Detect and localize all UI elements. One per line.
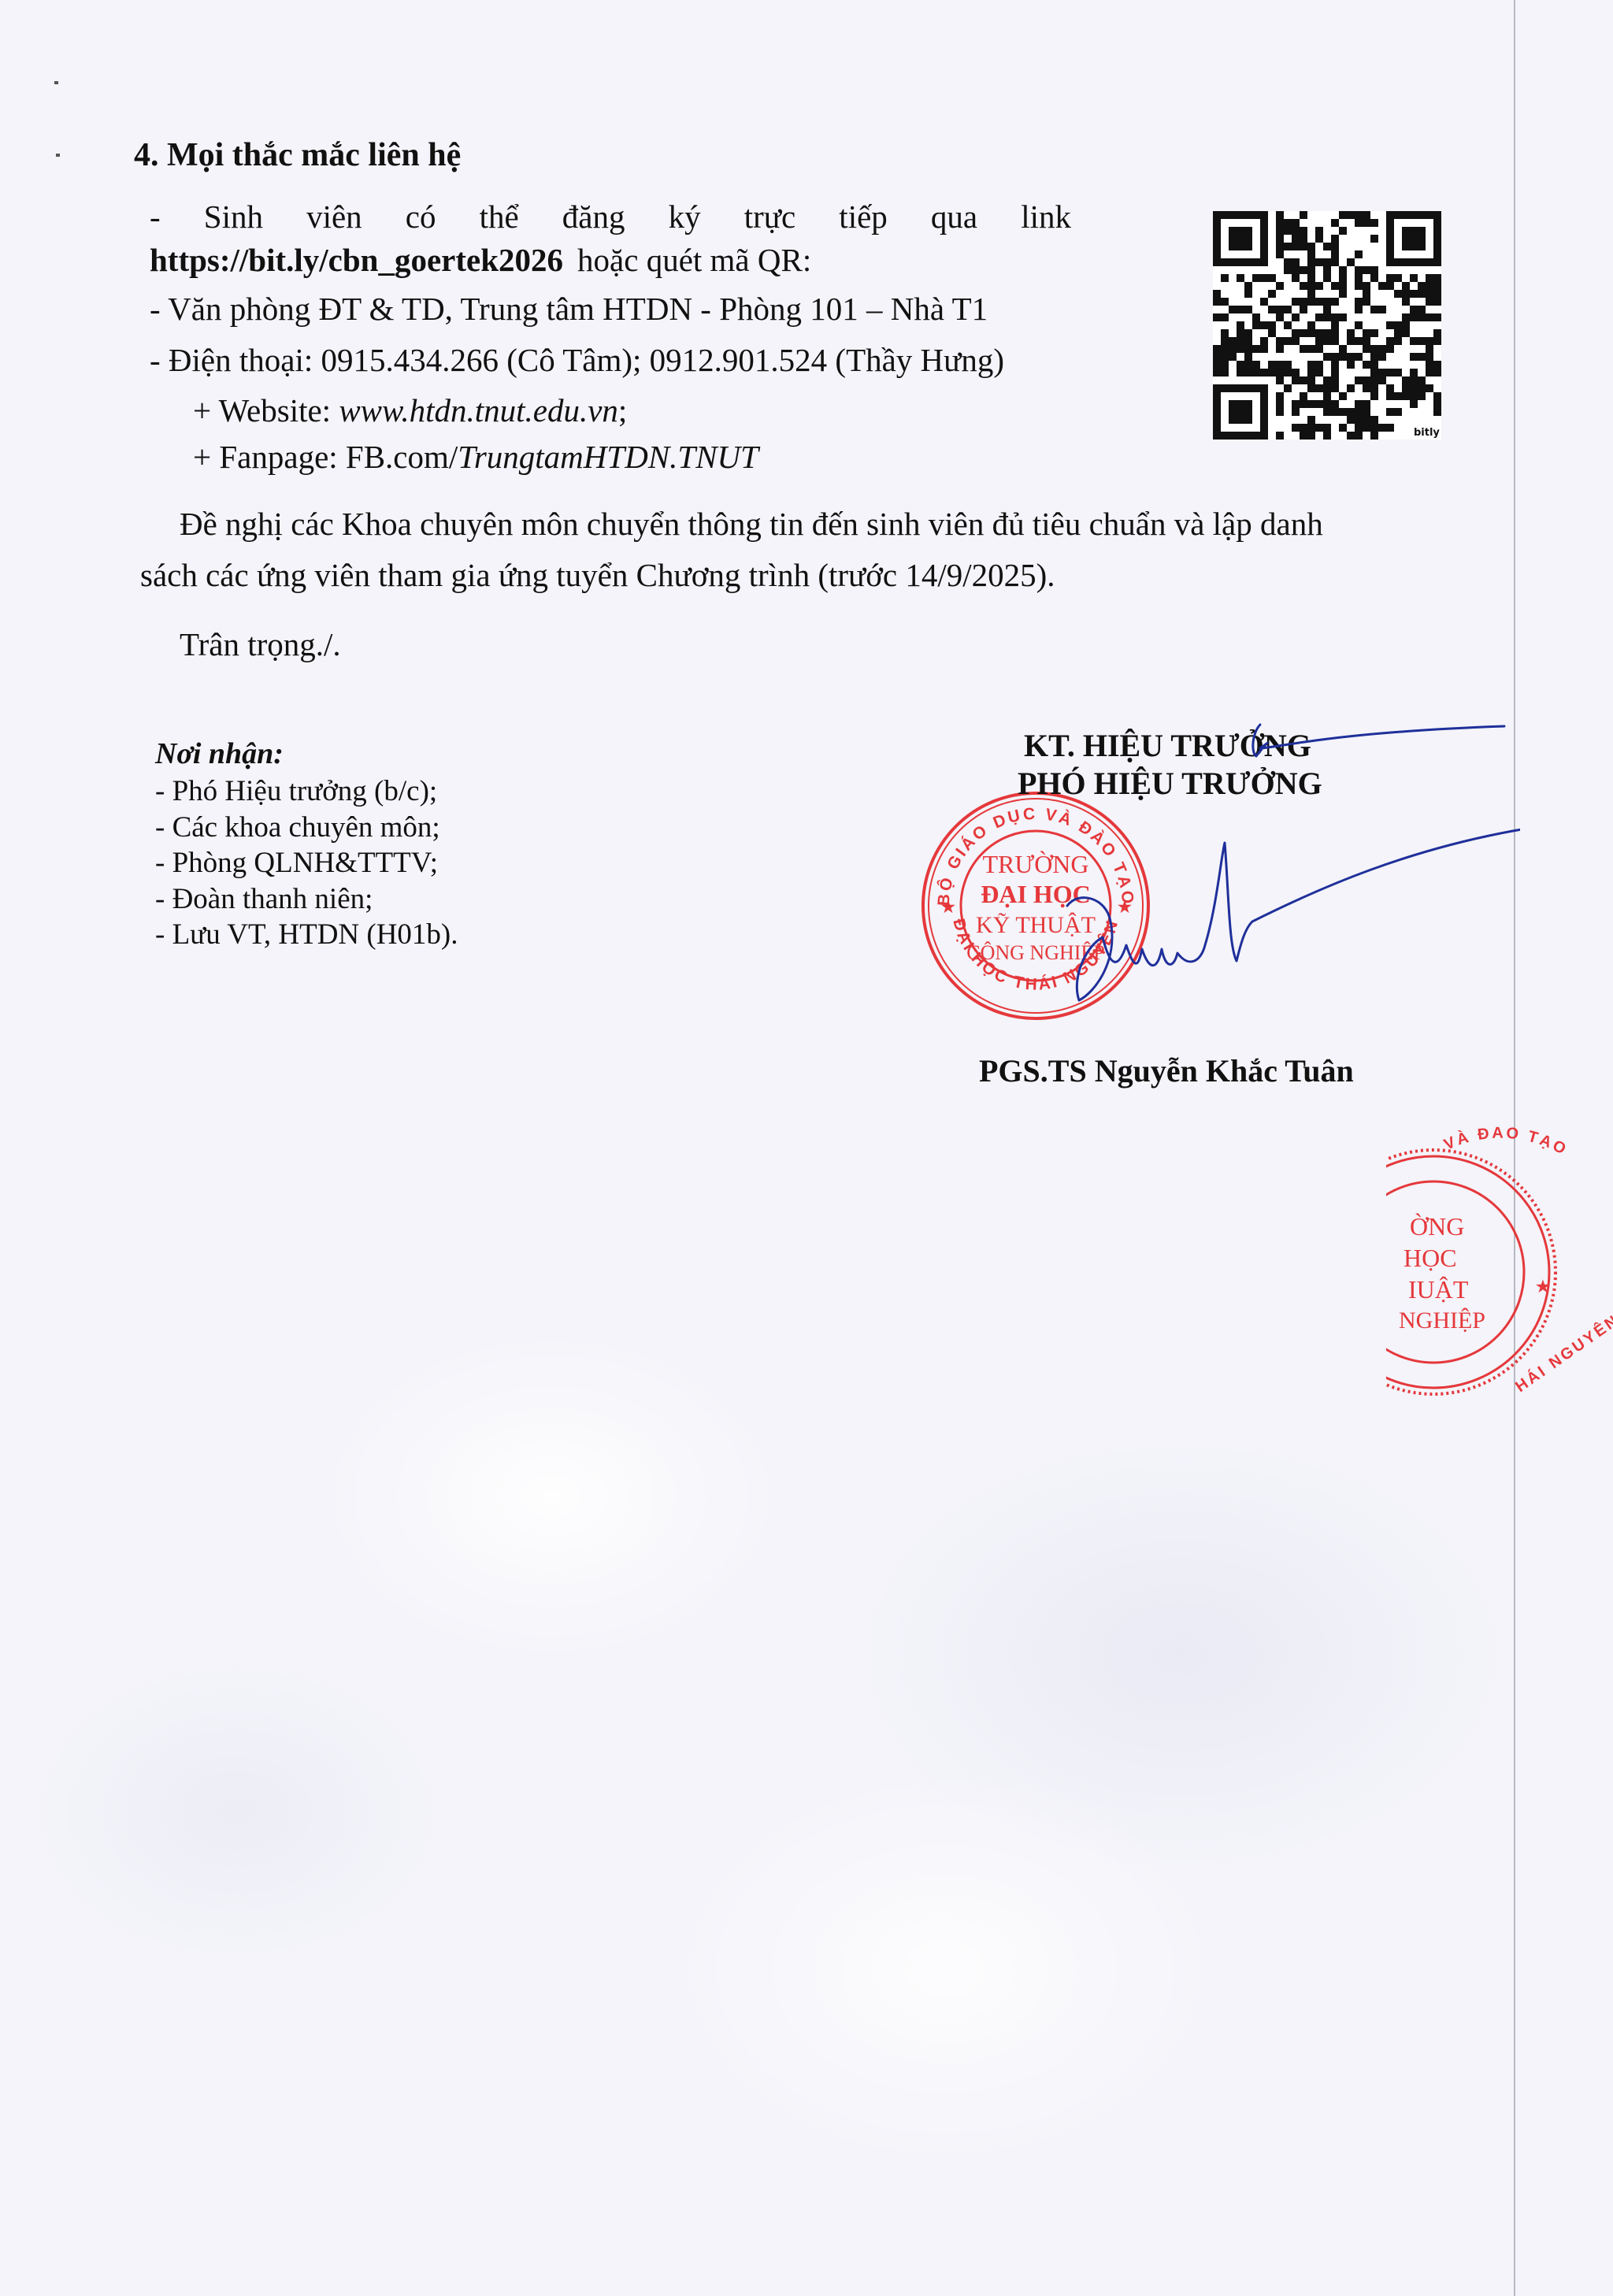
register-word: viên	[306, 201, 362, 233]
fanpage-label: + Fanpage: FB.com/	[193, 439, 458, 475]
signer-name: PGS.TS Nguyễn Khắc Tuân	[979, 1055, 1354, 1087]
register-word: qua	[931, 201, 977, 233]
phone-line: - Điện thoại: 0915.434.266 (Cô Tâm); 091…	[150, 344, 1004, 376]
office-line: - Văn phòng ĐT & TD, Trung tâm HTDN - Ph…	[150, 293, 988, 325]
register-link[interactable]: https://bit.ly/cbn_goertek2026	[150, 242, 563, 278]
recipient-item: - Lưu VT, HTDN (H01b).	[155, 917, 458, 953]
fanpage-link[interactable]: TrungtamHTDN.TNUT	[458, 439, 758, 475]
register-word: thể	[480, 201, 519, 233]
section-heading: 4. Mọi thắc mắc liên hệ	[134, 139, 461, 172]
svg-text:IUẬT: IUẬT	[1408, 1275, 1469, 1304]
register-word: tiếp	[839, 201, 887, 233]
svg-text:HÁI NGUYÊN: HÁI NGUYÊN	[1511, 1310, 1613, 1396]
website-link[interactable]: www.htdn.tnut.edu.vn	[339, 392, 618, 428]
closing-text: Trân trọng./.	[180, 629, 341, 661]
svg-text:ỜNG: ỜNG	[1410, 1212, 1464, 1241]
register-word: link	[1021, 201, 1071, 233]
handwritten-signature	[1000, 709, 1520, 1040]
request-paragraph-line2: sách các ứng viên tham gia ứng tuyển Chư…	[140, 559, 1055, 592]
svg-text:HỌC: HỌC	[1403, 1244, 1457, 1272]
register-link-line: https://bit.ly/cbn_goertek2026hoặc quét …	[150, 244, 811, 276]
register-word: đăng	[562, 201, 625, 233]
register-word: Sinh	[204, 201, 263, 233]
register-word: có	[406, 201, 436, 233]
recipient-item: - Phòng QLNH&TTTV;	[155, 845, 458, 881]
request-paragraph-line1: Đề nghị các Khoa chuyên môn chuyển thông…	[180, 508, 1323, 540]
qr-code-icon	[1213, 211, 1441, 440]
qr-brand-label: bitly	[1414, 427, 1440, 439]
register-word: trực	[744, 201, 795, 233]
recipient-item: - Các khoa chuyên môn;	[155, 810, 458, 846]
website-line: + Website: www.htdn.tnut.edu.vn;	[193, 395, 627, 427]
register-word: -	[150, 201, 161, 233]
register-line: -Sinhviêncóthểđăngkýtrựctiếpqualink	[150, 201, 1071, 233]
website-suffix: ;	[618, 392, 627, 428]
svg-text:NGHIỆP: NGHIỆP	[1399, 1307, 1485, 1333]
recipients-list: - Phó Hiệu trưởng (b/c); - Các khoa chuy…	[155, 773, 458, 953]
svg-text:★: ★	[1536, 1278, 1552, 1296]
partial-stamp: VÀ ĐÀO TẠO HÁI NGUYÊN ★ ỜNG HỌC IUẬT NGH…	[1386, 1126, 1613, 1418]
website-label: + Website:	[193, 392, 339, 428]
fanpage-line: + Fanpage: FB.com/TrungtamHTDN.TNUT	[193, 441, 758, 473]
svg-text:★: ★	[941, 899, 955, 916]
recipients-title: Nơi nhận:	[155, 739, 284, 769]
register-suffix: hoặc quét mã QR:	[577, 242, 811, 278]
scan-mark	[56, 154, 60, 157]
qr-code[interactable]	[1213, 211, 1441, 440]
register-word: ký	[669, 201, 701, 233]
recipient-item: - Phó Hiệu trưởng (b/c);	[155, 773, 458, 810]
recipient-item: - Đoàn thanh niên;	[155, 881, 458, 918]
scan-mark	[54, 81, 58, 84]
